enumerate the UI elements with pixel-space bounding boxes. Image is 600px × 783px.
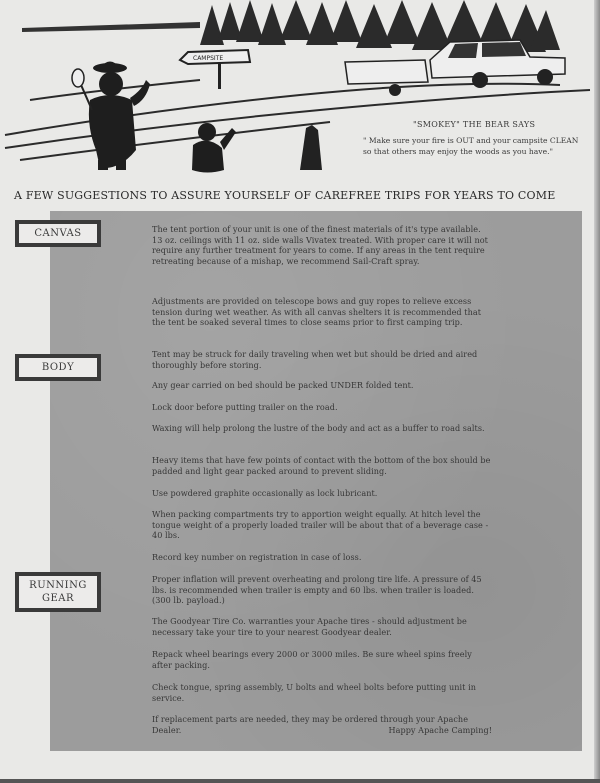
paragraph-text: Use powdered graphite occasionally as lo… <box>152 488 492 499</box>
body-paragraph-2: Lock door before putting trailer on the … <box>152 402 492 413</box>
svg-text:CAMPSITE: CAMPSITE <box>193 55 223 62</box>
running-gear-paragraph-1: Proper inflation will prevent overheatin… <box>152 574 492 606</box>
section-label-canvas: CANVAS <box>15 220 101 247</box>
tree-stump-icon <box>300 125 322 170</box>
body-paragraph-5: Use powdered graphite occasionally as lo… <box>152 488 492 499</box>
canvas-paragraph-3: Tent may be struck for daily traveling w… <box>152 349 492 370</box>
body-paragraph-4: Heavy items that have few points of cont… <box>152 455 492 476</box>
paragraph-text: Check tongue, spring assembly, U bolts a… <box>152 682 492 703</box>
body-paragraph-7: Record key number on registration in cas… <box>152 552 492 563</box>
page-bottom-edge <box>0 779 600 783</box>
paragraph-text: Adjustments are provided on telescope bo… <box>152 296 492 328</box>
paragraph-text: The tent portion of your unit is one of … <box>152 224 492 267</box>
paragraph-text: Waxing will help prolong the lustre of t… <box>152 423 492 434</box>
body-paragraph-1: Any gear carried on bed should be packed… <box>152 380 492 391</box>
running-gear-paragraph-4: Check tongue, spring assembly, U bolts a… <box>152 682 492 703</box>
section-label-text: GEAR <box>23 592 93 605</box>
running-gear-paragraph-3: Repack wheel bearings every 2000 or 3000… <box>152 649 492 670</box>
campsite-sign-icon: CAMPSITE <box>180 50 250 89</box>
paragraph-text: The Goodyear Tire Co. warranties your Ap… <box>152 616 492 637</box>
body-paragraph-3: Waxing will help prolong the lustre of t… <box>152 423 492 434</box>
section-label-running-gear: RUNNING GEAR <box>15 572 101 612</box>
paragraph-text: Repack wheel bearings every 2000 or 3000… <box>152 649 492 670</box>
section-label-text: BODY <box>42 362 74 373</box>
paragraph-text: Any gear carried on bed should be packed… <box>152 380 492 391</box>
paragraph-text: Heavy items that have few points of cont… <box>152 455 492 476</box>
section-label-text: CANVAS <box>34 228 81 239</box>
paragraph-text: Proper inflation will prevent overheatin… <box>152 574 492 606</box>
signoff: Happy Apache Camping! <box>388 725 492 736</box>
canvas-paragraph-1: The tent portion of your unit is one of … <box>152 224 492 267</box>
paragraph-text: When packing compartments try to apporti… <box>152 509 492 541</box>
page-headline: A FEW SUGGESTIONS TO ASSURE YOURSELF OF … <box>14 189 594 202</box>
smokey-bear-figure <box>89 62 150 171</box>
paragraph-text: Record key number on registration in cas… <box>152 552 492 563</box>
smokey-heading: "SMOKEY" THE BEAR SAYS <box>413 120 535 129</box>
paragraph-text: Tent may be struck for daily traveling w… <box>152 349 492 370</box>
running-gear-paragraph-5: If replacement parts are needed, they ma… <box>152 714 492 735</box>
body-paragraph-6: When packing compartments try to apporti… <box>152 509 492 541</box>
paragraph-text: Lock door before putting trailer on the … <box>152 402 492 413</box>
section-label-text: RUNNING <box>23 579 93 592</box>
section-label-body: BODY <box>15 354 101 381</box>
bear-cub-figure <box>192 123 236 173</box>
canvas-paragraph-2: Adjustments are provided on telescope bo… <box>152 296 492 328</box>
smokey-quote: " Make sure your fire is OUT and your ca… <box>363 135 583 157</box>
running-gear-paragraph-2: The Goodyear Tire Co. warranties your Ap… <box>152 616 492 637</box>
